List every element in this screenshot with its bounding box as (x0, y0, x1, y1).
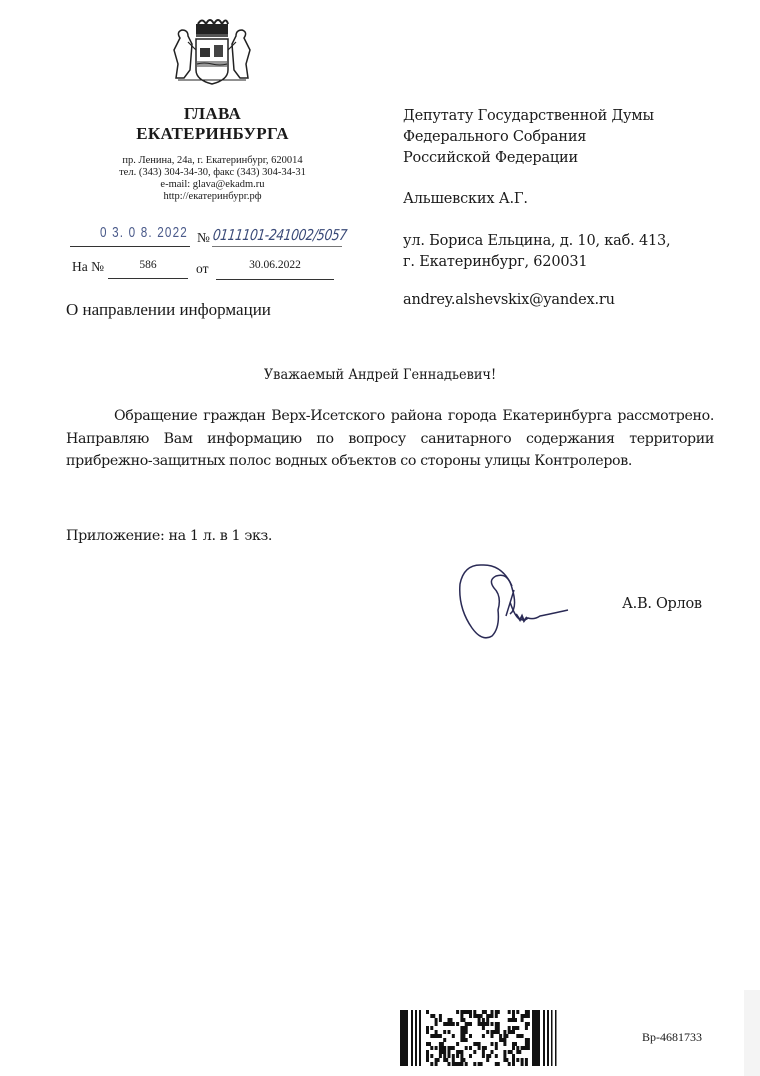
addressee-position-line: Депутату Государственной Думы (403, 106, 654, 127)
outgoing-date-stamp: 0 3. 0 8. 2022 (100, 224, 188, 241)
letterhead-phone: тел. (343) 304-34-30, факс (343) 304-34-… (100, 167, 325, 180)
signer-name: А.В. Орлов (622, 596, 702, 612)
salutation: Уважаемый Андрей Геннадьевич! (30, 367, 729, 383)
coat-of-arms-icon (166, 14, 258, 90)
pdf417-barcode-icon (400, 1008, 558, 1068)
attachment-note: Приложение: на 1 л. в 1 экз. (66, 528, 272, 544)
addressee-address-line: г. Екатеринбург, 620031 (403, 252, 670, 273)
scan-edge-shadow (744, 990, 760, 1076)
addressee-email: andrey.alshevskix@yandex.ru (403, 290, 615, 311)
addressee-address: ул. Бориса Ельцина, д. 10, каб. 413, г. … (403, 231, 670, 273)
reply-date-underline (216, 279, 334, 280)
addressee-address-line: ул. Бориса Ельцина, д. 10, каб. 413, (403, 231, 670, 252)
outgoing-number: 0111101-241002/5057 (212, 226, 348, 244)
number-label: № (197, 230, 210, 246)
handwritten-signature-icon (450, 558, 580, 648)
reply-number-underline (108, 278, 188, 279)
addressee-position-line: Российской Федерации (403, 148, 654, 169)
document-id: Вр-4681733 (642, 1030, 702, 1045)
reply-to-date: 30.06.2022 (216, 259, 334, 271)
addressee-position-line: Федерального Собрания (403, 127, 654, 148)
letter-body: Обращение граждан Верх-Исетского района … (66, 405, 714, 473)
letterhead-title-line2: ЕКАТЕРИНБУРГА (100, 124, 325, 144)
number-underline (212, 246, 342, 247)
letterhead-website: http://екатеринбург.рф (100, 191, 325, 204)
date-underline (70, 246, 190, 247)
letterhead-email: e-mail: glava@ekadm.ru (100, 179, 325, 192)
addressee-position: Депутату Государственной Думы Федерально… (403, 106, 654, 169)
reply-to-label: На № (72, 259, 104, 275)
from-label: от (196, 261, 208, 277)
addressee-name: Альшевских А.Г. (403, 189, 528, 210)
letterhead-address: пр. Ленина, 24а, г. Екатеринбург, 620014 (100, 155, 325, 168)
reply-to-number: 586 (108, 259, 188, 271)
letterhead-title-line1: ГЛАВА (100, 104, 325, 124)
letter-subject: О направлении информации (66, 300, 271, 320)
